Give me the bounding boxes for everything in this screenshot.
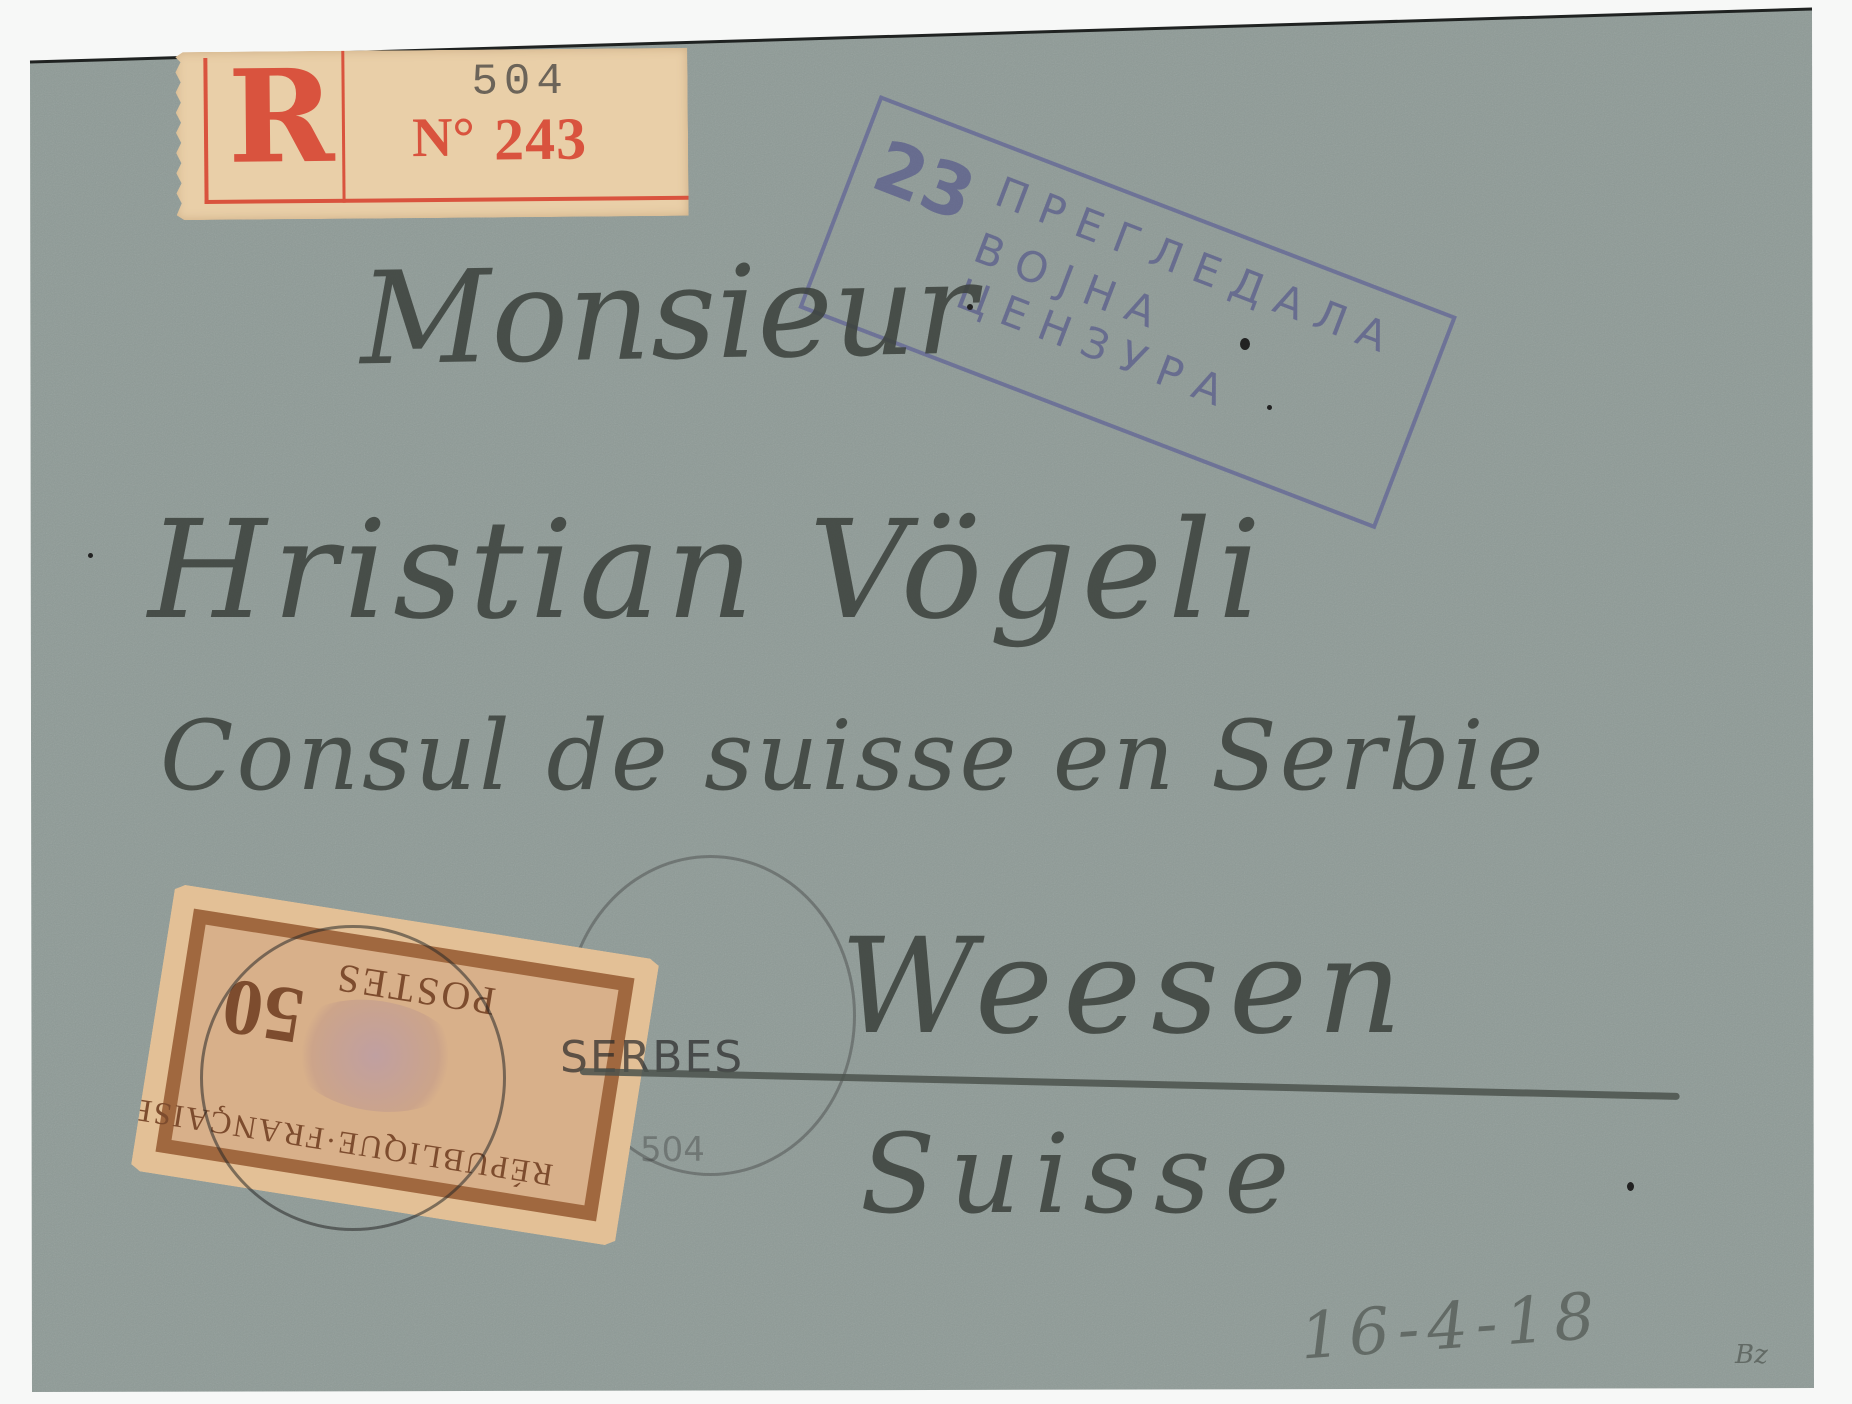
cancel-circle <box>200 925 506 1231</box>
address-city: Weesen <box>840 910 1412 1064</box>
envelope-photo: R 504 N° 243 23 ПРЕГЛЕДАЛА ВОЈНА ЦЕНЗУРА… <box>0 0 1852 1404</box>
registration-number-prefix: N° <box>412 106 475 171</box>
registration-label: R 504 N° 243 <box>175 48 688 220</box>
address-salutation: Monsieur <box>359 235 978 395</box>
ink-speck <box>1267 405 1272 410</box>
ink-speck <box>1240 338 1250 350</box>
address-country: Suisse <box>860 1110 1303 1238</box>
ink-speck <box>1627 1182 1634 1191</box>
censor-number: 23 <box>863 123 987 237</box>
postmark-office: 504 <box>640 1130 705 1170</box>
ink-speck <box>88 553 93 558</box>
address-title: Consul de suisse en Serbie <box>160 700 1546 812</box>
ink-speck <box>967 304 973 310</box>
registration-letter: R <box>227 53 334 182</box>
address-name: Hristian Vögeli <box>148 492 1267 650</box>
registration-number: 243 <box>494 105 588 175</box>
pencil-initials: Bz <box>1735 1340 1768 1370</box>
registration-office-code: 504 <box>471 57 569 108</box>
